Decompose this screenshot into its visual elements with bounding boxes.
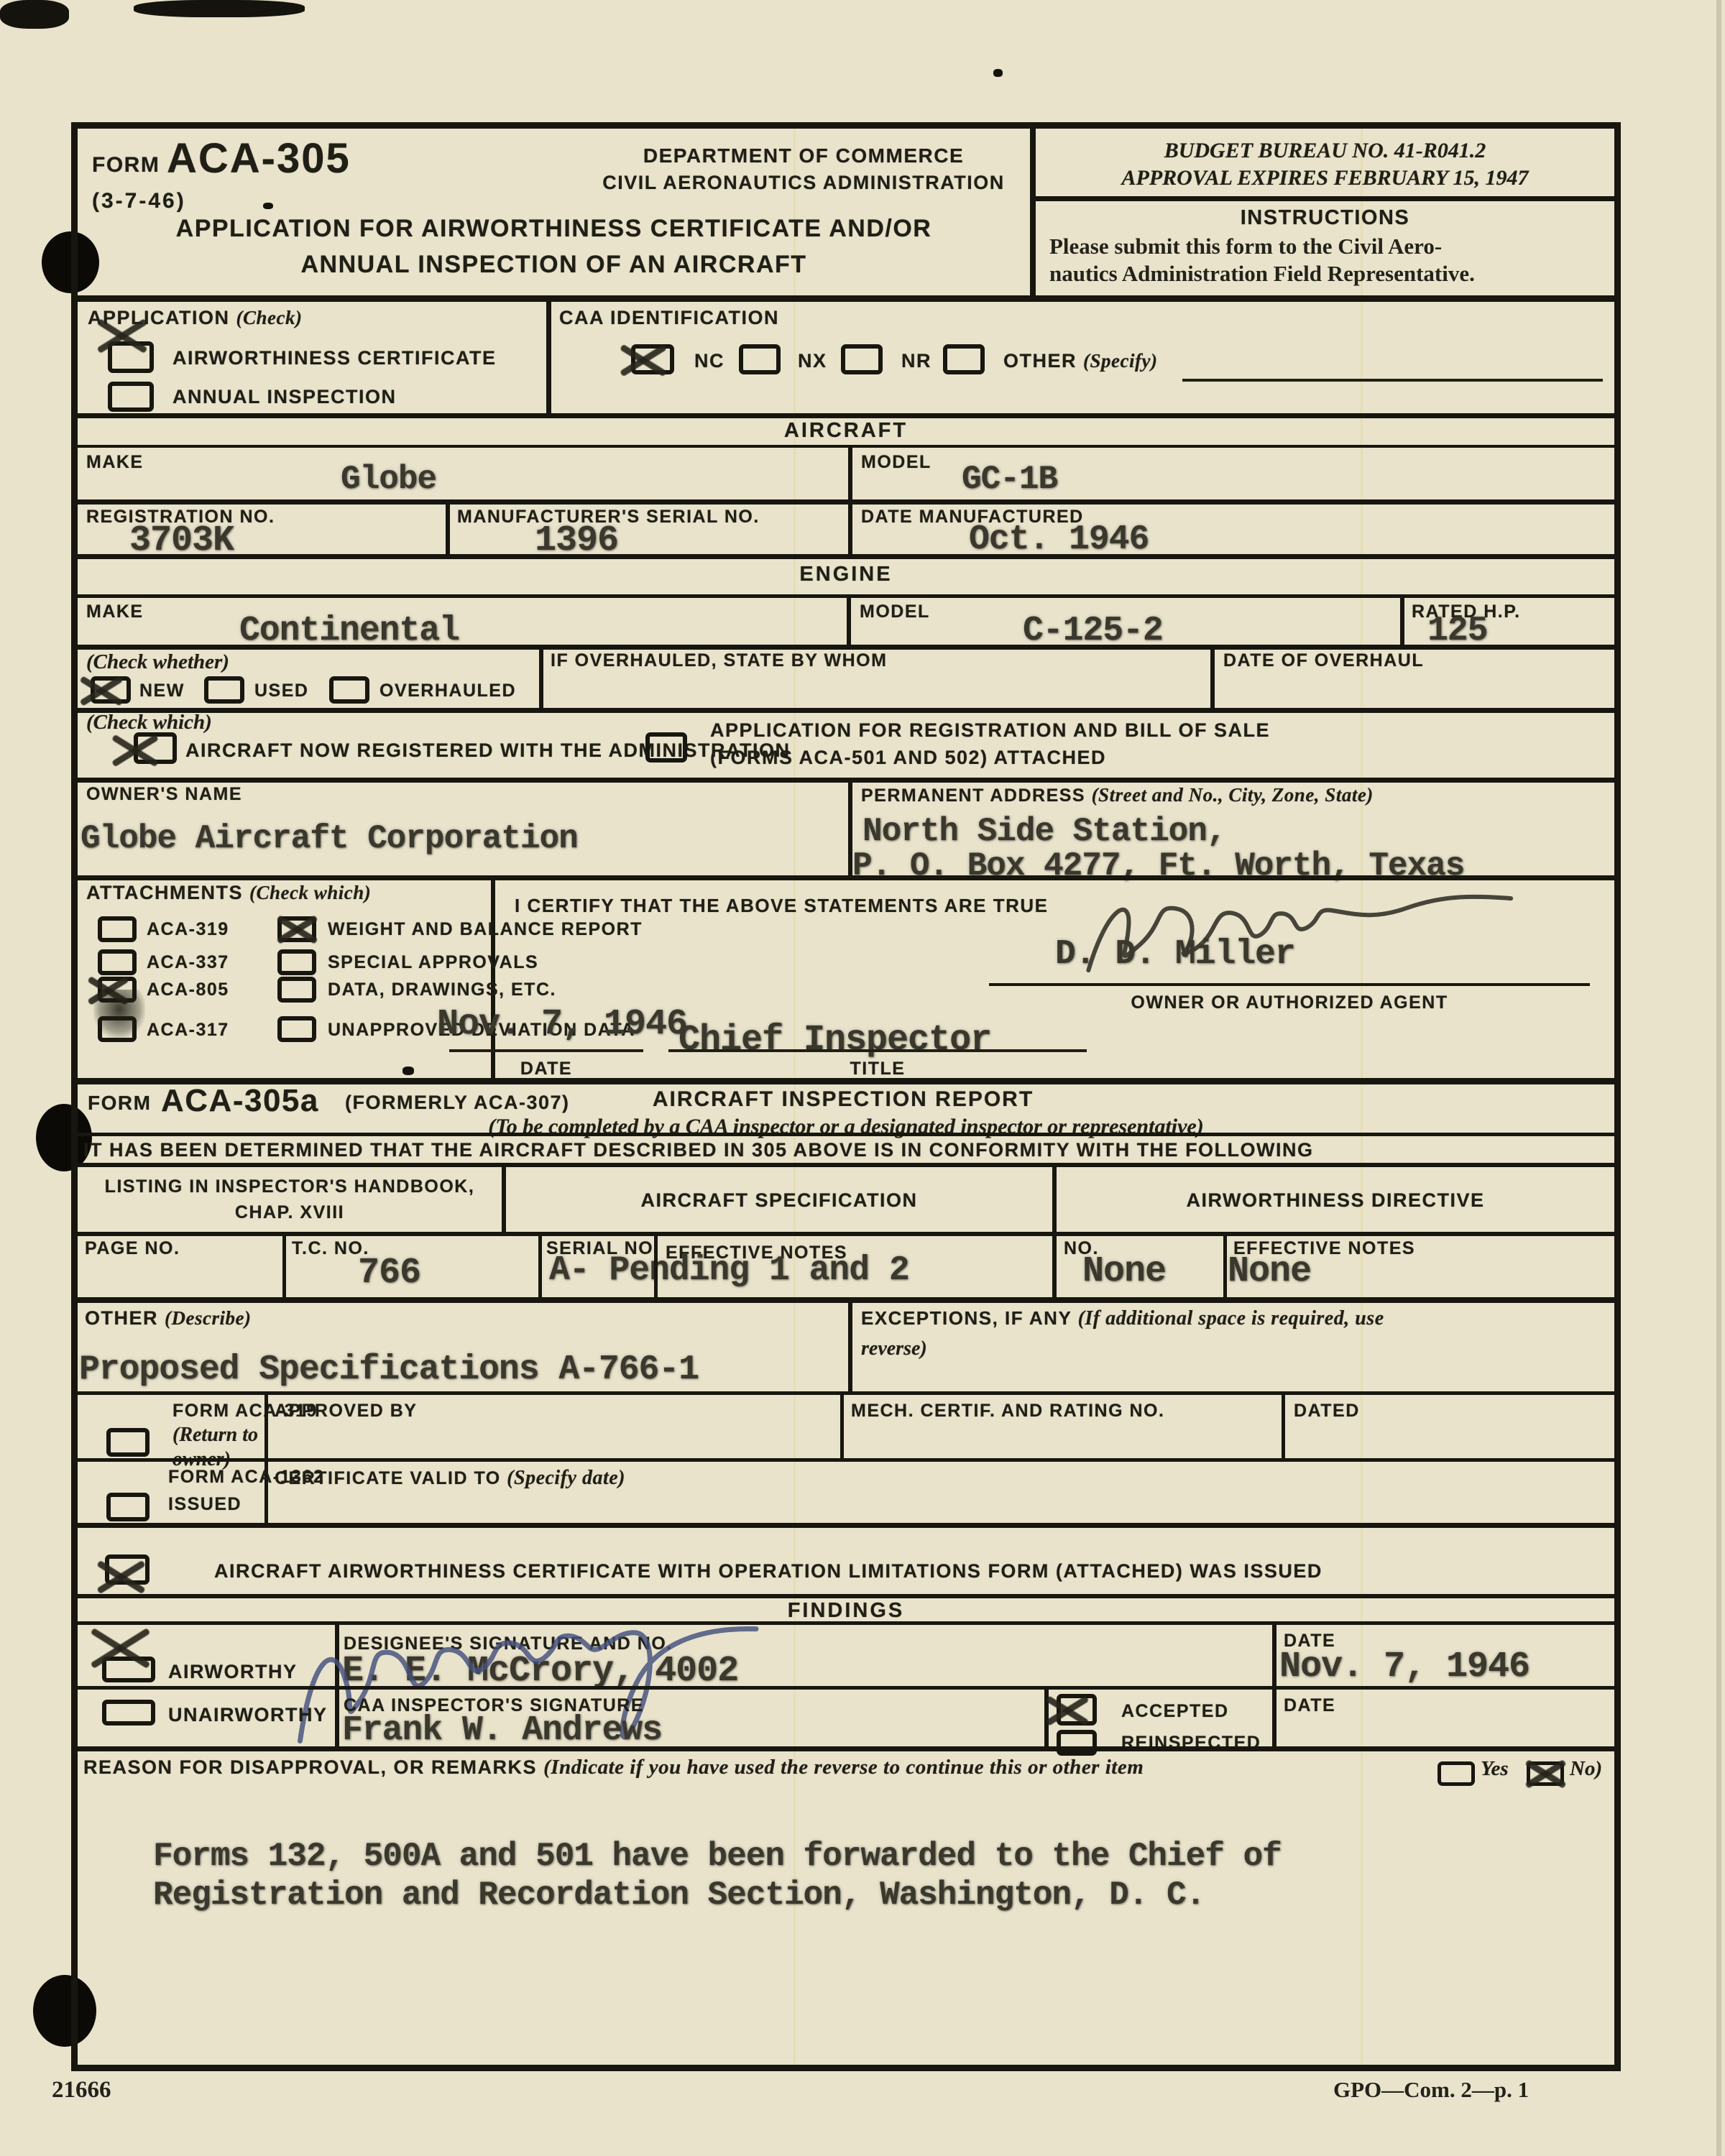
exceptions-label2: reverse)	[861, 1337, 927, 1360]
data-drawings-label: DATA, DRAWINGS, ETC.	[328, 980, 556, 1000]
aca-337-checkbox[interactable]	[98, 949, 137, 975]
annual-inspection-checkbox[interactable]	[108, 382, 154, 412]
divider	[78, 1297, 1614, 1303]
divider	[78, 1391, 1614, 1395]
certificate-issued-checkbox[interactable]	[105, 1554, 149, 1585]
budget-bureau-line2: APPROVAL EXPIRES FEBRUARY 15, 1947	[1036, 166, 1614, 190]
overhauled-by-whom-label: IF OVERHAULED, STATE BY WHOM	[551, 650, 887, 671]
nx-label: NX	[798, 350, 827, 372]
caa-inspector-signature-value[interactable]: Frank W. Andrews	[342, 1711, 662, 1750]
divider	[78, 295, 1614, 302]
permanent-address-label: PERMANENT ADDRESS (Street and No., City,…	[861, 784, 1374, 806]
aircraft-section-header: AIRCRAFT	[78, 419, 1614, 443]
divider	[78, 1163, 1614, 1167]
tc-no-value[interactable]: 766	[358, 1253, 420, 1294]
directive-no-value[interactable]: None	[1082, 1251, 1166, 1292]
instructions-title: INSTRUCTIONS	[1036, 206, 1614, 230]
form-word-label: FORM	[92, 153, 160, 178]
determination-statement: IT HAS BEEN DETERMINED THAT THE AIRCRAFT…	[83, 1139, 1314, 1161]
nc-checkbox[interactable]	[631, 344, 674, 374]
budget-bureau-line1: BUDGET BUREAU NO. 41-R041.2	[1036, 139, 1614, 163]
certify-signature-name[interactable]: D. D. Miller	[1055, 935, 1295, 974]
divider	[446, 499, 450, 554]
report-form-word: FORM	[88, 1092, 151, 1115]
airworthiness-certificate-checkbox[interactable]	[108, 341, 154, 373]
certify-date-value[interactable]: Nov. 7, 1946	[437, 1004, 687, 1045]
aircraft-make-value[interactable]: Globe	[341, 461, 436, 498]
divider	[848, 499, 852, 554]
weight-balance-label: WEIGHT AND BALANCE REPORT	[328, 919, 643, 940]
divider	[848, 445, 852, 499]
exceptions-label: EXCEPTIONS, IF ANY (If additional space …	[861, 1307, 1384, 1330]
form-revision-date: (3-7-46)	[92, 189, 186, 213]
form-aca-319-checkbox[interactable]	[106, 1428, 149, 1457]
reverse-yes-label: Yes	[1481, 1757, 1509, 1781]
ink-smudge	[93, 990, 145, 1038]
scan-artifact	[0, 0, 69, 29]
engine-make-label: MAKE	[86, 602, 144, 622]
remarks-line2[interactable]: Registration and Recordation Section, Wa…	[153, 1876, 1205, 1914]
aca-317-label: ACA-317	[147, 1020, 229, 1041]
divider	[1030, 129, 1036, 295]
engine-section-header: ENGINE	[78, 563, 1614, 586]
certify-title-label: TITLE	[668, 1059, 1087, 1079]
unapproved-deviation-checkbox[interactable]	[277, 1016, 316, 1042]
form-aca-319-return1: (Return to	[172, 1424, 258, 1447]
report-form-number: ACA-305a	[161, 1083, 319, 1119]
divider	[1400, 594, 1404, 645]
findings-date-value[interactable]: Nov. 7, 1946	[1279, 1646, 1529, 1687]
date-of-overhaul-label: DATE OF OVERHAUL	[1223, 650, 1424, 671]
page-no-label: PAGE NO.	[85, 1238, 180, 1259]
nc-label: NC	[694, 350, 724, 372]
dept-line2: CIVIL AERONAUTICS ADMINISTRATION	[581, 172, 1026, 194]
form-title-line2: ANNUAL INSPECTION OF AN AIRCRAFT	[78, 251, 1030, 279]
divider	[1223, 1232, 1227, 1297]
aca-805-label: ACA-805	[147, 980, 229, 1000]
divider	[78, 645, 1614, 650]
engine-used-label: USED	[254, 681, 308, 701]
unairworthy-checkbox[interactable]	[102, 1700, 155, 1726]
form-aca-1362-issued: ISSUED	[168, 1494, 241, 1515]
divider	[539, 645, 543, 708]
divider	[1052, 1232, 1057, 1297]
nr-checkbox[interactable]	[841, 344, 883, 374]
certify-date-label: DATE	[449, 1059, 643, 1079]
divider	[1282, 1391, 1285, 1458]
dated-label: DATED	[1294, 1401, 1360, 1422]
date-manufactured-value[interactable]: Oct. 1946	[969, 520, 1149, 559]
divider	[78, 554, 1614, 559]
annual-inspection-label: ANNUAL INSPECTION	[172, 386, 397, 408]
airworthiness-directive-col: AIRWORTHINESS DIRECTIVE	[1057, 1189, 1614, 1212]
divider	[78, 1458, 1614, 1462]
reverse-yes-checkbox[interactable]	[1437, 1761, 1475, 1786]
mech-certif-label: MECH. CERTIF. AND RATING NO.	[851, 1401, 1164, 1422]
divider	[78, 1232, 1614, 1236]
divider	[1272, 1621, 1276, 1746]
accepted-checkbox[interactable]	[1057, 1694, 1097, 1726]
instructions-line1: Please submit this form to the Civil Aer…	[1049, 234, 1442, 259]
dept-line1: DEPARTMENT OF COMMERCE	[581, 144, 1026, 167]
scanned-form-page: 21666 GPO—Com. 2—p. 1 FORM ACA-305 (3-7-…	[0, 0, 1725, 2156]
engine-overhauled-checkbox[interactable]	[329, 676, 369, 704]
gpo-imprint: GPO—Com. 2—p. 1	[1333, 2077, 1529, 2103]
divider	[78, 708, 1614, 713]
attachments-label: ATTACHMENTS (Check which)	[86, 882, 371, 904]
reverse-no-label: No)	[1570, 1757, 1602, 1781]
divider	[538, 1232, 542, 1297]
divider	[264, 1391, 268, 1523]
bill-of-sale-line2: (FORMS ACA-501 AND 502) ATTACHED	[710, 747, 1106, 769]
special-approvals-checkbox[interactable]	[277, 949, 316, 975]
other-checkbox[interactable]	[943, 344, 985, 374]
aircraft-make-label: MAKE	[86, 452, 144, 473]
divider	[491, 875, 495, 1078]
page-edge-shadow	[1716, 0, 1721, 2156]
airworthy-checkbox[interactable]	[102, 1657, 155, 1682]
divider	[78, 499, 1614, 505]
divider	[546, 302, 551, 413]
divider	[1030, 196, 1614, 201]
other-specify-line[interactable]	[1182, 379, 1603, 382]
reinspected-checkbox[interactable]	[1057, 1730, 1097, 1756]
handbook-col-line2: CHAP. XVIII	[78, 1202, 502, 1223]
bill-of-sale-line1: APPLICATION FOR REGISTRATION AND BILL OF…	[710, 719, 1270, 742]
certify-statement: I CERTIFY THAT THE ABOVE STATEMENTS ARE …	[515, 895, 1049, 917]
airworthiness-certificate-label: AIRWORTHINESS CERTIFICATE	[172, 347, 497, 369]
findings-date2-label: DATE	[1284, 1695, 1335, 1716]
scan-artifact	[993, 69, 1003, 77]
owner-name-label: OWNER'S NAME	[86, 784, 242, 805]
divider	[78, 594, 1614, 598]
certify-title-value[interactable]: Chief Inspector	[678, 1020, 991, 1061]
special-approvals-label: SPECIAL APPROVALS	[328, 952, 538, 973]
signature-line	[989, 983, 1590, 986]
other-value[interactable]: Proposed Specifications A-766-1	[79, 1350, 699, 1389]
nx-checkbox[interactable]	[739, 344, 781, 374]
reason-label: REASON FOR DISAPPROVAL, OR REMARKS (Indi…	[83, 1756, 1144, 1779]
check-which-label: (Check which)	[86, 711, 212, 734]
divider	[1210, 645, 1215, 708]
bill-of-sale-checkbox[interactable]	[645, 732, 687, 763]
aircraft-model-label: MODEL	[861, 452, 931, 473]
divider	[78, 778, 1614, 783]
aca-337-label: ACA-337	[147, 952, 229, 973]
form-title-line1: APPLICATION FOR AIRWORTHINESS CERTIFICAT…	[78, 215, 1030, 243]
unairworthy-label: UNAIRWORTHY	[168, 1704, 328, 1726]
weight-balance-checkbox[interactable]	[277, 916, 316, 942]
registered-label: AIRCRAFT NOW REGISTERED WITH THE ADMINIS…	[185, 740, 790, 762]
divider	[78, 1686, 1614, 1690]
registered-checkbox[interactable]	[134, 732, 177, 764]
nr-label: NR	[901, 350, 931, 372]
divider	[78, 445, 1614, 448]
divider	[78, 1523, 1614, 1528]
divider	[78, 1594, 1614, 1598]
effective-notes-value[interactable]: 1 and 2	[769, 1251, 909, 1290]
handbook-col-line1: LISTING IN INSPECTOR'S HANDBOOK,	[78, 1176, 502, 1197]
owner-name-value[interactable]: Globe Aircraft Corporation	[80, 820, 578, 857]
divider	[78, 1133, 1614, 1136]
agent-label: OWNER OR AUTHORIZED AGENT	[989, 992, 1590, 1013]
permanent-address-line1[interactable]: North Side Station,	[862, 813, 1226, 850]
title-line	[668, 1049, 1087, 1052]
scan-artifact	[134, 0, 305, 17]
divider	[78, 1746, 1614, 1751]
report-title: AIRCRAFT INSPECTION REPORT	[322, 1087, 1364, 1112]
divider	[847, 594, 851, 645]
reverse-no-checkbox[interactable]	[1527, 1761, 1564, 1786]
divider	[840, 1391, 844, 1458]
certificate-valid-label: CERTIFICATE VALID TO (Specify date)	[275, 1467, 625, 1490]
accepted-label: ACCEPTED	[1121, 1701, 1229, 1722]
other-describe-label: OTHER (Describe)	[85, 1307, 251, 1330]
plate-number: 21666	[52, 2077, 111, 2104]
data-drawings-checkbox[interactable]	[277, 977, 316, 1003]
divider	[1044, 1686, 1049, 1746]
engine-new-checkbox[interactable]	[91, 676, 131, 704]
engine-used-checkbox[interactable]	[204, 676, 244, 704]
engine-overhauled-label: OVERHAULED	[379, 681, 516, 701]
divider	[654, 1232, 658, 1297]
approved-by-label: APPROVED BY	[275, 1401, 417, 1422]
aircraft-spec-col: AIRCRAFT SPECIFICATION	[506, 1189, 1052, 1212]
check-whether-label: (Check whether)	[86, 650, 229, 674]
date-line	[449, 1049, 643, 1052]
instructions-line2: nautics Administration Field Representat…	[1049, 261, 1475, 287]
engine-model-label: MODEL	[860, 602, 930, 622]
remarks-line1[interactable]: Forms 132, 500A and 501 have been forwar…	[153, 1838, 1282, 1875]
aca-319-label: ACA-319	[147, 919, 229, 940]
form-aca-1362-checkbox[interactable]	[106, 1493, 149, 1521]
form-number: ACA-305	[167, 134, 351, 183]
form-border: FORM ACA-305 (3-7-46) DEPARTMENT OF COMM…	[71, 122, 1621, 2071]
divider	[78, 413, 1614, 418]
aca-319-checkbox[interactable]	[98, 916, 137, 942]
caa-identification-label: CAA IDENTIFICATION	[559, 307, 779, 329]
effective-notes2-value[interactable]: None	[1228, 1251, 1311, 1292]
other-label: OTHER (Specify)	[1003, 350, 1157, 372]
aircraft-model-value[interactable]: GC-1B	[962, 461, 1057, 498]
engine-new-label: NEW	[139, 681, 185, 701]
divider	[282, 1232, 286, 1297]
divider	[848, 1297, 852, 1391]
